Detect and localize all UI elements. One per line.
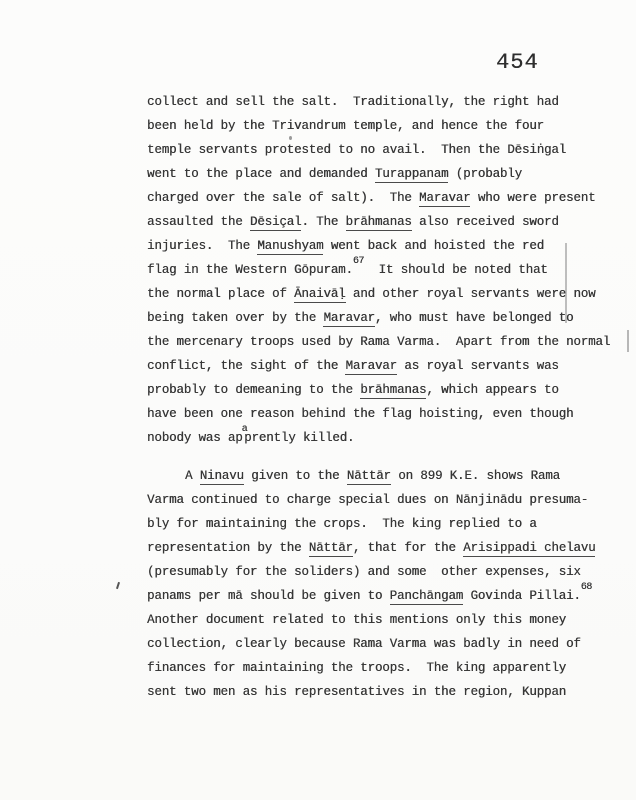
text-segment: charged over the sale of salt). The xyxy=(147,191,419,205)
text-segment: , who must have belonged to xyxy=(375,311,573,325)
text-segment: nobody was ap xyxy=(147,431,243,445)
text-line: sent two men as his representatives in t… xyxy=(147,680,629,704)
text-segment: given to the xyxy=(244,469,347,483)
text-line: went to the place and demanded Turappana… xyxy=(147,162,629,186)
text-segment: sent two men as his representatives in t… xyxy=(147,685,566,699)
text-segment: the mercenary troops used by Rama Varma.… xyxy=(147,335,610,349)
text-segment: . The xyxy=(301,215,345,229)
scan-artifact-dot xyxy=(289,136,292,140)
text-segment: Govinda Pillai. xyxy=(463,589,581,603)
underlined-term: Nāttār xyxy=(309,541,353,557)
text-segment: as royal servants was xyxy=(397,359,559,373)
text-segment: prently killed. xyxy=(244,431,354,445)
underlined-term: Maravar xyxy=(323,311,374,327)
text-line: the normal place of Ānaivāḷ and other ro… xyxy=(147,282,629,306)
underlined-term: Maravar xyxy=(419,191,470,207)
text-segment: representation by the xyxy=(147,541,309,555)
underlined-term: Turappanam xyxy=(375,167,449,183)
text-segment: (probably xyxy=(448,167,522,181)
text-segment: collect and sell the salt. Traditionally… xyxy=(147,95,559,109)
underlined-term: Ānaivāḷ xyxy=(294,287,345,303)
document-page: 454 collect and sell the salt. Tradition… xyxy=(0,0,636,800)
text-segment: finances for maintaining the troops. The… xyxy=(147,661,566,675)
text-segment: also received sword xyxy=(412,215,559,229)
text-line: collection, clearly because Rama Varma w… xyxy=(147,632,629,656)
text-line: collect and sell the salt. Traditionally… xyxy=(147,90,629,114)
underlined-term: Manushyam xyxy=(257,239,323,255)
text-line: injuries. The Manushyam went back and ho… xyxy=(147,234,629,258)
text-segment: panams per mā should be given to xyxy=(147,589,390,603)
text-line: probably to demeaning to the brāhmanas, … xyxy=(147,378,629,402)
text-line: conflict, the sight of the Maravar as ro… xyxy=(147,354,629,378)
underlined-term: Nāttār xyxy=(347,469,391,485)
text-line: the mercenary troops used by Rama Varma.… xyxy=(147,330,629,354)
text-segment: have been one reason behind the flag hoi… xyxy=(147,407,573,421)
text-segment: Varma continued to charge special dues o… xyxy=(147,493,588,507)
text-line: A Ninavu given to the Nāttār on 899 K.E.… xyxy=(147,464,629,488)
text-line: representation by the Nāttār, that for t… xyxy=(147,536,629,560)
text-segment: the normal place of xyxy=(147,287,294,301)
text-segment: (presumably for the soliders) and some o… xyxy=(147,565,581,579)
text-line: finances for maintaining the troops. The… xyxy=(147,656,629,680)
page-number: 454 xyxy=(496,50,539,75)
text-line: panams per mā should be given to Panchān… xyxy=(147,584,629,608)
underlined-term: brāhmanas xyxy=(346,215,412,231)
text-segment: Another document related to this mention… xyxy=(147,613,566,627)
scan-artifact-line xyxy=(565,243,567,323)
text-segment: been held by the Trivandrum temple, and … xyxy=(147,119,544,133)
text-line: bly for maintaining the crops. The king … xyxy=(147,512,629,536)
text-line: (presumably for the soliders) and some o… xyxy=(147,560,629,584)
text-segment: A xyxy=(185,469,200,483)
text-segment: went back and hoisted the red xyxy=(323,239,544,253)
footnote-reference: 67 xyxy=(353,256,364,267)
text-segment: and other royal servants were now xyxy=(346,287,596,301)
scan-artifact-line xyxy=(627,330,629,352)
underlined-term: brāhmanas xyxy=(360,383,426,399)
text-line: Varma continued to charge special dues o… xyxy=(147,488,629,512)
text-segment: went to the place and demanded xyxy=(147,167,375,181)
text-segment: who were present xyxy=(470,191,595,205)
text-segment: probably to demeaning to the xyxy=(147,383,360,397)
underlined-term: Arisippadi chelavu xyxy=(463,541,595,557)
text-segment: injuries. The xyxy=(147,239,257,253)
text-segment: , that for the xyxy=(353,541,463,555)
text-segment: collection, clearly because Rama Varma w… xyxy=(147,637,581,651)
text-segment: assaulted the xyxy=(147,215,250,229)
text-line: being taken over by the Maravar, who mus… xyxy=(147,306,629,330)
underlined-term: Ninavu xyxy=(200,469,244,485)
text-segment: temple servants protested to no avail. T… xyxy=(147,143,566,157)
text-line: temple servants protested to no avail. T… xyxy=(147,138,629,162)
text-line: been held by the Trivandrum temple, and … xyxy=(147,114,629,138)
footnote-reference: 68 xyxy=(581,582,592,593)
text-block: collect and sell the salt. Traditionally… xyxy=(147,90,629,704)
underlined-term: Maravar xyxy=(345,359,396,375)
text-line: have been one reason behind the flag hoi… xyxy=(147,402,629,426)
underlined-term: Panchāngam xyxy=(390,589,464,605)
text-line: Another document related to this mention… xyxy=(147,608,629,632)
text-segment: on 899 K.E. shows Rama xyxy=(391,469,560,483)
paragraph-1: collect and sell the salt. Traditionally… xyxy=(147,90,629,450)
text-line: assaulted the Dēsiçal. The brāhmanas als… xyxy=(147,210,629,234)
text-line: charged over the sale of salt). The Mara… xyxy=(147,186,629,210)
paragraph-2: A Ninavu given to the Nāttār on 899 K.E.… xyxy=(147,464,629,704)
scan-artifact-tick xyxy=(116,582,120,589)
text-segment: bly for maintaining the crops. The king … xyxy=(147,517,537,531)
text-segment: being taken over by the xyxy=(147,311,323,325)
text-segment: It should be noted that xyxy=(364,263,548,277)
typed-correction: a xyxy=(242,424,248,435)
text-line: nobody was apaprently killed. xyxy=(147,426,629,450)
text-segment: conflict, the sight of the xyxy=(147,359,345,373)
text-segment: , which appears to xyxy=(426,383,558,397)
underlined-term: Dēsiçal xyxy=(250,215,301,231)
text-line: flag in the Western Gōpuram.67 It should… xyxy=(147,258,629,282)
text-segment: flag in the Western Gōpuram. xyxy=(147,263,353,277)
